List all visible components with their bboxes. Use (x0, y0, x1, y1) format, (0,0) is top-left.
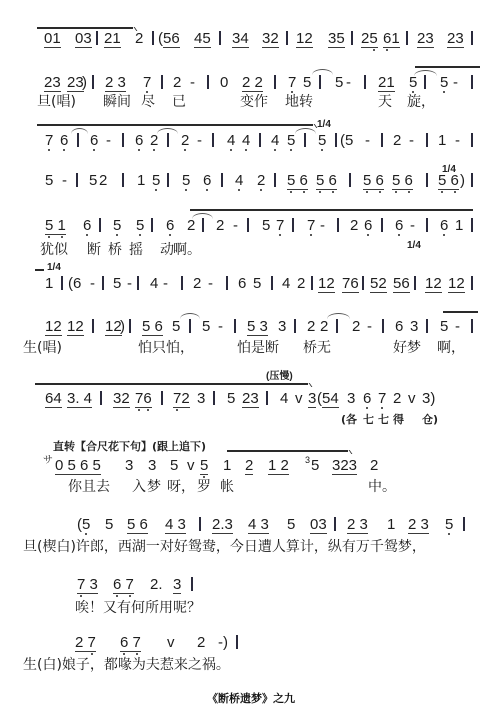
note-group: 6 (364, 218, 372, 233)
note-group: 1 (455, 218, 463, 233)
note-group: 3 (410, 319, 418, 334)
barline: | (61, 276, 63, 290)
lyric: 旋， (407, 95, 435, 109)
note-group: 25 (361, 31, 378, 48)
note-group: v (187, 458, 195, 473)
note-group: - (455, 319, 460, 334)
barline: | (381, 133, 383, 147)
note-group: 6 7 (120, 635, 141, 652)
note-group: 01 (44, 31, 61, 48)
note-group: 1 (438, 133, 446, 148)
note-group: 3. 4 (67, 391, 92, 408)
ligature-line (227, 450, 348, 452)
note-group: 64 (45, 391, 62, 408)
low-octave-note: 6 (405, 172, 413, 189)
low-octave-note: 7 (77, 576, 85, 593)
note-group: 4 (227, 133, 235, 148)
ligature-line (37, 124, 313, 126)
note-group: 6 (363, 391, 371, 406)
note-group: - (409, 133, 414, 148)
note-group: 4 (271, 133, 279, 148)
barline: | (471, 75, 473, 89)
note-group: 5 (136, 218, 144, 233)
note-group: 6 (203, 173, 211, 188)
barline: | (426, 319, 428, 333)
note-group: 54 (322, 391, 339, 408)
low-octave-note: 6 (166, 217, 174, 234)
lyric: 呀， (167, 480, 195, 494)
barline: | (221, 173, 223, 187)
barline: | (471, 276, 473, 290)
note-group: 5 6 (363, 173, 384, 190)
note-group: 5 6 (127, 517, 148, 534)
barline: | (76, 173, 78, 187)
lyric: 生(唱) (23, 341, 62, 355)
barline: | (337, 218, 339, 232)
barline: | (349, 173, 351, 187)
low-octave-note: 6 (363, 390, 371, 407)
note-group: 12 (45, 319, 62, 336)
note-group: 3) (422, 391, 435, 406)
note-group: 5 (287, 517, 295, 532)
note-group: 5 6 (438, 173, 459, 190)
low-octave-note: 5 (438, 172, 446, 189)
barline: | (212, 133, 214, 147)
note-group: 1 (387, 517, 395, 532)
note-group: 5 (172, 319, 180, 334)
low-octave-note: 5 (363, 172, 371, 189)
barline: | (122, 133, 124, 147)
note-group: 7 (276, 218, 284, 233)
low-octave-note: 5 (287, 172, 295, 189)
note-group: 5 (311, 458, 319, 473)
barline: | (292, 218, 294, 232)
barline: | (219, 31, 221, 45)
note-group: (5 (77, 517, 90, 532)
lyric: 旦(楔白)许郎，西湖一对好鸳鸯，今日遭人算计，纵有万千鸳梦， (23, 540, 426, 554)
note-group: 76 (135, 391, 152, 408)
note-group: 3 (278, 319, 286, 334)
barline: | (167, 173, 169, 187)
barline: | (161, 75, 163, 89)
note-group: 5 (152, 173, 160, 188)
note-group: 2.3 (212, 517, 233, 534)
low-octave-note: 7 (143, 74, 151, 91)
note-group: 7 3 (77, 577, 98, 594)
barline: | (234, 319, 236, 333)
note-group: ) (82, 75, 87, 90)
note-group: 5 (440, 75, 448, 90)
annotation-mark: 1/4 (317, 120, 331, 130)
barline: | (99, 218, 101, 232)
note-group: 5 (445, 517, 453, 532)
note-group: (6 (68, 276, 81, 291)
barline: | (426, 173, 428, 187)
note-group: 3 (125, 458, 133, 473)
note-group: 6 (166, 218, 174, 233)
jianpu-score: 0103|212|(5645|3432|1235|2561|2323|2323)… (0, 0, 500, 716)
note-group: -) (218, 635, 228, 650)
note-group: 1 (223, 458, 231, 473)
note-group: 5 (202, 319, 210, 334)
note-group: 4 (280, 391, 288, 406)
note-group: 5 (200, 458, 208, 475)
barline: | (226, 276, 228, 290)
barline: | (334, 517, 336, 531)
note-group: ) (120, 319, 125, 334)
note-group: 5 (318, 133, 326, 148)
note-group: 0 (220, 75, 228, 90)
note-group: 5 (45, 173, 53, 188)
lyric: 地转 (285, 95, 313, 109)
note-group: 1 (45, 276, 53, 291)
slur-arc (71, 128, 88, 134)
low-octave-note: 6 (376, 172, 384, 189)
low-octave-note: 6 (395, 217, 403, 234)
note-group: v (295, 391, 303, 406)
note-group: 2 (257, 173, 265, 188)
low-octave-note: 2 (150, 132, 158, 149)
ligature-line (415, 66, 480, 68)
percussion-syllable: 七 (378, 414, 389, 425)
percussion-syllable: 得 (393, 414, 404, 425)
lyric: 动 (160, 243, 174, 257)
note-group: 5 (113, 276, 121, 291)
note-group: 4 (150, 276, 158, 291)
barline: | (294, 319, 296, 333)
note-group: 2 (350, 218, 358, 233)
note-group: 03 (310, 517, 327, 534)
note-group: 23 (447, 31, 464, 48)
low-octave-note: 6 (135, 132, 143, 149)
note-group: 5 (303, 75, 311, 90)
note-group: 5 (105, 517, 113, 532)
note-group: 1 2 (268, 458, 289, 475)
grace: 3 (305, 456, 310, 465)
lyric: 怕只怕， (138, 341, 194, 355)
barline: | (424, 75, 426, 89)
low-octave-note: 5 (200, 457, 208, 474)
low-octave-note: 5 (440, 74, 448, 91)
low-octave-note: 2 (181, 132, 189, 149)
note-group: 5 (287, 133, 295, 148)
note-group: 12 (318, 276, 335, 293)
lyric: 生(白)娘子，都喙为夫惹来之祸。 (23, 658, 230, 672)
low-octave-note: 6 (300, 172, 308, 189)
barline: | (77, 133, 79, 147)
low-octave-note: 5 (152, 172, 160, 189)
barline: | (406, 31, 408, 45)
lyric: 梦 (147, 480, 161, 494)
note-group: 323 (332, 458, 357, 475)
note-group: 5 (440, 319, 448, 334)
low-octave-note: 5 (409, 74, 417, 91)
note-group: 5 6 (142, 319, 163, 336)
low-octave-note: 7 (126, 576, 134, 593)
note-group: 5 1 (45, 218, 66, 235)
note-group: 6 (395, 218, 403, 233)
note-group: 3 (173, 577, 181, 594)
low-octave-note: 5 (445, 516, 453, 533)
note-group: 6 (83, 218, 91, 233)
low-octave-note: 5 (182, 172, 190, 189)
lyric: 摇 (129, 243, 143, 257)
low-octave-note: 5 (369, 30, 377, 47)
barline: | (167, 133, 169, 147)
note-group: 5 6 (392, 173, 413, 190)
note-group: 3 (308, 391, 316, 408)
note-group: - (346, 75, 351, 90)
note-group: - (163, 276, 168, 291)
barline: | (236, 635, 238, 649)
barline: | (161, 391, 163, 405)
low-octave-note: 5 (318, 132, 326, 149)
note-group: 6 (440, 218, 448, 233)
ligature-line (35, 269, 44, 271)
note-group: 21 (378, 75, 395, 92)
note-group: 5 (227, 391, 235, 406)
low-octave-note: 6 (90, 132, 98, 149)
note-group: 2 (197, 635, 205, 650)
note-group: 03 (75, 31, 92, 48)
lyric: 中。 (368, 480, 396, 494)
note-group: 3 (347, 391, 355, 406)
ligature-line (37, 27, 133, 29)
low-octave-note: 4 (242, 132, 250, 149)
barline: | (471, 319, 473, 333)
note-group: 7 (143, 75, 151, 90)
note-group: 21 (104, 31, 121, 48)
barline: | (463, 517, 465, 531)
note-group: - (218, 319, 223, 334)
note-group: 61 (383, 31, 400, 48)
note-group: - (62, 173, 67, 188)
annotation-mark: 1/4 (407, 241, 421, 251)
barline: | (271, 276, 273, 290)
barline: | (102, 276, 104, 290)
low-octave-note: 5 (316, 172, 324, 189)
note-group: 2 (181, 133, 189, 148)
note-group: 6 (60, 133, 68, 148)
note-group: 35 (328, 31, 345, 48)
note-group: 2 (320, 319, 328, 334)
note-group: 1 (137, 173, 145, 188)
note-group: - (208, 276, 213, 291)
barline: | (471, 218, 473, 232)
low-octave-note: 6 (60, 132, 68, 149)
slur-arc (327, 313, 350, 319)
barline: | (311, 276, 313, 290)
note-group: 2 (99, 173, 107, 188)
barline: | (381, 218, 383, 232)
barline: | (199, 517, 201, 531)
low-octave-note: 7 (307, 217, 315, 234)
low-octave-note: 7 (45, 132, 53, 149)
barline: | (304, 133, 306, 147)
note-group: 6 (135, 133, 143, 148)
barline: | (96, 31, 98, 45)
low-octave-note: 6 (440, 217, 448, 234)
note-group: 52 (370, 276, 387, 293)
note-group: 23 (44, 75, 61, 92)
note-group: 3 (197, 391, 205, 406)
note-group: 5 6 (287, 173, 308, 190)
note-group: 2 (173, 75, 181, 90)
note-group: 2 (216, 218, 224, 233)
note-group: 2 (393, 391, 401, 406)
note-group: 7 (378, 391, 386, 406)
note-group: 2 3 (347, 517, 368, 534)
note-group: 56 (393, 276, 410, 293)
percussion-syllable: (各 (341, 414, 357, 425)
note-group: 2 3 (105, 75, 126, 92)
barline: | (191, 577, 193, 591)
lyric: 啊。 (173, 243, 201, 257)
low-octave-note: 6 (364, 217, 372, 234)
note-group: 6 (90, 133, 98, 148)
barline: | (471, 173, 473, 187)
low-octave-note: 6 (143, 390, 151, 407)
low-octave-note: 6 (329, 172, 337, 189)
lyric: 你且去 (68, 480, 110, 494)
note-group: 2 (297, 276, 305, 291)
note-group: 7 (45, 133, 53, 148)
note-group: 34 (232, 31, 249, 48)
barline: | (247, 218, 249, 232)
note-group: 2 (352, 319, 360, 334)
barline: | (92, 75, 94, 89)
ligature-line (190, 209, 473, 211)
low-octave-note: 7 (133, 634, 141, 651)
note-group: 5 (253, 276, 261, 291)
low-octave-note: 1 (58, 217, 66, 234)
note-group: 4 (282, 276, 290, 291)
note-group: 76 (342, 276, 359, 293)
note-group: 72 (173, 391, 190, 408)
barline: | (335, 133, 337, 147)
barline: | (266, 391, 268, 405)
note-group: 23 (242, 391, 259, 408)
low-octave-note: 7 (88, 634, 96, 651)
barline: | (100, 391, 102, 405)
note-group: 12 (296, 31, 313, 48)
low-octave-note: 6 (83, 217, 91, 234)
low-octave-note: 6 (203, 172, 211, 189)
note-group: 5 (170, 458, 178, 473)
note-group: 5 (409, 75, 417, 90)
low-octave-note: 6 (383, 30, 391, 47)
barline: | (207, 75, 209, 89)
lyric: 已 (172, 95, 186, 109)
note-group: 12 (448, 276, 465, 293)
low-octave-note: 2 (257, 172, 265, 189)
note-group: 32 (113, 391, 130, 408)
note-group: 12 (425, 276, 442, 293)
note-group: 7 (307, 218, 315, 233)
low-octave-note: 5 (287, 132, 295, 149)
low-octave-note: 7 (173, 390, 181, 407)
barline: | (319, 75, 321, 89)
barline: | (471, 133, 473, 147)
lyric: 啊， (437, 341, 465, 355)
barline: | (362, 276, 364, 290)
note-group: 12 (67, 319, 84, 336)
page-footer-title: 《断桥遗梦》之九 (207, 693, 295, 704)
low-octave-note: 6 (113, 576, 121, 593)
note-group: - (127, 276, 132, 291)
low-octave-note: 5 (392, 172, 400, 189)
note-group: 6 7 (113, 577, 134, 594)
note-group: 2 (393, 133, 401, 148)
note-group: 2 (135, 31, 143, 46)
barline: | (336, 319, 338, 333)
note-group: - (453, 75, 458, 90)
note-group: - (90, 276, 95, 291)
barline: | (351, 31, 353, 45)
lyric: 天 (378, 95, 392, 109)
note-group: v (408, 391, 416, 406)
note-group: 5 (113, 218, 121, 233)
slur-arc (312, 69, 333, 75)
low-octave-note: 7 (276, 217, 284, 234)
note-group: 2 2 (242, 75, 263, 92)
note-group: 2 (150, 133, 158, 148)
note-group: 5 (262, 218, 270, 233)
low-octave-note: 5 (82, 516, 90, 533)
barline: | (92, 319, 94, 333)
barline: | (274, 173, 276, 187)
lyric: 好梦 (393, 341, 421, 355)
note-group: 2 (187, 218, 195, 233)
barline: | (202, 218, 204, 232)
lyric: 唉！又有何所用呢？ (75, 601, 201, 615)
barline: | (274, 75, 276, 89)
lyric: 瞬间 (103, 95, 131, 109)
lyric: 犹似 (40, 243, 68, 257)
note-group: 2 (307, 319, 315, 334)
note-group: 5 3 (247, 319, 268, 336)
note-group: 5 6 (316, 173, 337, 190)
note-group: - (233, 218, 238, 233)
low-octave-note: 6 (451, 172, 459, 189)
note-group: 45 (194, 31, 211, 48)
lyric: 桥无 (303, 341, 331, 355)
note-group: v (167, 635, 175, 650)
low-octave-note: 7 (288, 74, 296, 91)
note-group: 4 (235, 173, 243, 188)
note-group: 2. (150, 577, 163, 592)
note-group: ) (460, 173, 465, 188)
lyric: 入 (132, 480, 146, 494)
percussion-syllable: 仓) (422, 414, 438, 425)
barline: | (471, 31, 473, 45)
percussion-syllable: 七 (363, 414, 374, 425)
note-group: 4 (242, 133, 250, 148)
note-group: 5 (89, 173, 97, 188)
barline: | (181, 276, 183, 290)
barline: | (426, 218, 428, 232)
low-octave-note: 4 (235, 172, 243, 189)
lyric: 罗 (197, 480, 211, 494)
note-group: - (367, 319, 372, 334)
lyric: 怕是断 (237, 341, 279, 355)
low-octave-note: 7 (378, 390, 386, 407)
note-group: 4 3 (248, 517, 269, 534)
note-group: 5 (335, 75, 343, 90)
note-group: 0 5 6 5 (55, 458, 101, 475)
lyric: 旦(唱) (37, 95, 76, 109)
barline: | (286, 31, 288, 45)
